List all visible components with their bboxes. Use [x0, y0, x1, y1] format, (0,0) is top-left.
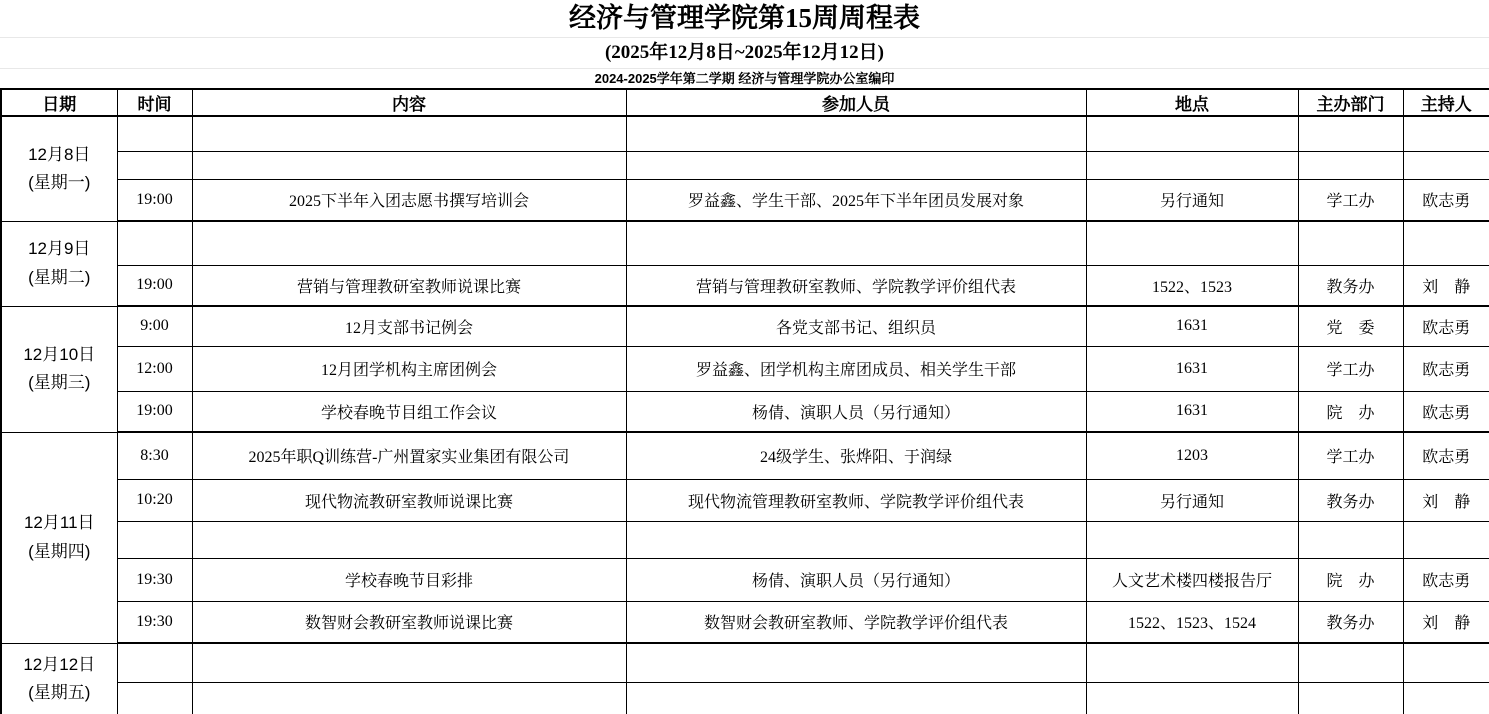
- date-text: 12月8日: [6, 141, 113, 169]
- content-cell: [192, 221, 626, 265]
- participants-cell: [626, 521, 1086, 558]
- col-header-department: 主办部门: [1298, 89, 1403, 116]
- participants-cell: 24级学生、张烨阳、于润绿: [626, 432, 1086, 479]
- host-cell: 欧志勇: [1403, 432, 1489, 479]
- location-cell: [1086, 116, 1298, 151]
- date-text: 12月11日: [6, 509, 113, 537]
- time-cell: [117, 521, 192, 558]
- host-cell: 欧志勇: [1403, 391, 1489, 432]
- department-cell: 教务办: [1298, 601, 1403, 643]
- time-cell: 19:00: [117, 265, 192, 306]
- content-cell: 学校春晚节目组工作会议: [192, 391, 626, 432]
- content-cell: 营销与管理教研室教师说课比赛: [192, 265, 626, 306]
- schedule-row: 12月9日(星期二): [1, 221, 1489, 265]
- content-cell: 2025下半年入团志愿书撰写培训会: [192, 179, 626, 221]
- department-cell: [1298, 643, 1403, 682]
- time-cell: 19:30: [117, 558, 192, 601]
- host-cell: [1403, 221, 1489, 265]
- schedule-row: [1, 151, 1489, 179]
- host-cell: [1403, 151, 1489, 179]
- department-cell: 院 办: [1298, 391, 1403, 432]
- time-cell: [117, 221, 192, 265]
- host-cell: [1403, 643, 1489, 682]
- time-cell: 19:00: [117, 391, 192, 432]
- host-cell: 欧志勇: [1403, 179, 1489, 221]
- location-cell: 1522、1523: [1086, 265, 1298, 306]
- page-title: 经济与管理学院第15周周程表: [0, 0, 1489, 37]
- location-cell: 1203: [1086, 432, 1298, 479]
- location-cell: [1086, 521, 1298, 558]
- host-cell: 刘 静: [1403, 479, 1489, 521]
- time-cell: [117, 682, 192, 714]
- schedule-row: 12月10日(星期三)9:0012月支部书记例会各党支部书记、组织员1631党 …: [1, 306, 1489, 346]
- participants-cell: 杨倩、演职人员（另行通知）: [626, 558, 1086, 601]
- content-cell: 现代物流教研室教师说课比赛: [192, 479, 626, 521]
- schedule-row: 19:00营销与管理教研室教师说课比赛营销与管理教研室教师、学院教学评价组代表1…: [1, 265, 1489, 306]
- date-cell: 12月12日(星期五): [1, 643, 117, 714]
- time-cell: 10:20: [117, 479, 192, 521]
- location-cell: 人文艺术楼四楼报告厅: [1086, 558, 1298, 601]
- host-cell: [1403, 116, 1489, 151]
- department-cell: [1298, 682, 1403, 714]
- department-cell: [1298, 521, 1403, 558]
- participants-cell: 杨倩、演职人员（另行通知）: [626, 391, 1086, 432]
- issuer-line: 2024-2025学年第二学期 经济与管理学院办公室编印: [0, 68, 1489, 88]
- location-cell: [1086, 221, 1298, 265]
- date-text: 12月9日: [6, 235, 113, 263]
- date-text: 12月12日: [6, 651, 113, 679]
- department-cell: 学工办: [1298, 346, 1403, 391]
- department-cell: 院 办: [1298, 558, 1403, 601]
- time-cell: [117, 643, 192, 682]
- host-cell: 欧志勇: [1403, 306, 1489, 346]
- department-cell: 党 委: [1298, 306, 1403, 346]
- content-cell: 12月支部书记例会: [192, 306, 626, 346]
- content-cell: [192, 521, 626, 558]
- participants-cell: [626, 221, 1086, 265]
- date-cell: 12月10日(星期三): [1, 306, 117, 432]
- col-header-participants: 参加人员: [626, 89, 1086, 116]
- department-cell: 教务办: [1298, 265, 1403, 306]
- schedule-row: [1, 682, 1489, 714]
- content-cell: [192, 151, 626, 179]
- host-cell: 欧志勇: [1403, 558, 1489, 601]
- schedule-row: 19:002025下半年入团志愿书撰写培训会罗益鑫、学生干部、2025年下半年团…: [1, 179, 1489, 221]
- location-cell: 1631: [1086, 306, 1298, 346]
- host-cell: 刘 静: [1403, 265, 1489, 306]
- schedule-row: 12:0012月团学机构主席团例会罗益鑫、团学机构主席团成员、相关学生干部163…: [1, 346, 1489, 391]
- weekday-text: (星期三): [6, 369, 113, 397]
- weekday-text: (星期四): [6, 538, 113, 566]
- department-cell: 教务办: [1298, 479, 1403, 521]
- host-cell: 欧志勇: [1403, 346, 1489, 391]
- location-cell: 1631: [1086, 346, 1298, 391]
- time-cell: 19:00: [117, 179, 192, 221]
- department-cell: 学工办: [1298, 179, 1403, 221]
- weekday-text: (星期一): [6, 169, 113, 197]
- time-cell: 8:30: [117, 432, 192, 479]
- col-header-content: 内容: [192, 89, 626, 116]
- department-cell: 学工办: [1298, 432, 1403, 479]
- schedule-page: 经济与管理学院第15周周程表 (2025年12月8日~2025年12月12日) …: [0, 0, 1489, 714]
- location-cell: 1631: [1086, 391, 1298, 432]
- weekday-text: (星期二): [6, 264, 113, 292]
- location-cell: 1522、1523、1524: [1086, 601, 1298, 643]
- participants-cell: 罗益鑫、学生干部、2025年下半年团员发展对象: [626, 179, 1086, 221]
- department-cell: [1298, 116, 1403, 151]
- content-cell: [192, 116, 626, 151]
- participants-cell: 数智财会教研室教师、学院教学评价组代表: [626, 601, 1086, 643]
- time-cell: [117, 151, 192, 179]
- time-cell: [117, 116, 192, 151]
- date-cell: 12月9日(星期二): [1, 221, 117, 306]
- content-cell: 12月团学机构主席团例会: [192, 346, 626, 391]
- schedule-row: 10:20现代物流教研室教师说课比赛现代物流管理教研室教师、学院教学评价组代表另…: [1, 479, 1489, 521]
- date-cell: 12月11日(星期四): [1, 432, 117, 643]
- schedule-row: [1, 521, 1489, 558]
- location-cell: [1086, 151, 1298, 179]
- date-range: (2025年12月8日~2025年12月12日): [0, 37, 1489, 68]
- schedule-row: 19:30学校春晚节目彩排杨倩、演职人员（另行通知）人文艺术楼四楼报告厅院 办欧…: [1, 558, 1489, 601]
- host-cell: 刘 静: [1403, 601, 1489, 643]
- department-cell: [1298, 221, 1403, 265]
- participants-cell: [626, 643, 1086, 682]
- col-header-date: 日期: [1, 89, 117, 116]
- department-cell: [1298, 151, 1403, 179]
- participants-cell: [626, 682, 1086, 714]
- content-cell: 学校春晚节目彩排: [192, 558, 626, 601]
- participants-cell: 现代物流管理教研室教师、学院教学评价组代表: [626, 479, 1086, 521]
- participants-cell: [626, 116, 1086, 151]
- location-cell: [1086, 682, 1298, 714]
- location-cell: [1086, 643, 1298, 682]
- time-cell: 19:30: [117, 601, 192, 643]
- time-cell: 9:00: [117, 306, 192, 346]
- location-cell: 另行通知: [1086, 479, 1298, 521]
- schedule-row: 19:00学校春晚节目组工作会议杨倩、演职人员（另行通知）1631院 办欧志勇: [1, 391, 1489, 432]
- header-row: 日期 时间 内容 参加人员 地点 主办部门 主持人: [1, 89, 1489, 116]
- schedule-row: 12月8日(星期一): [1, 116, 1489, 151]
- participants-cell: [626, 151, 1086, 179]
- date-text: 12月10日: [6, 341, 113, 369]
- schedule-row: 12月12日(星期五): [1, 643, 1489, 682]
- date-cell: 12月8日(星期一): [1, 116, 117, 221]
- weekday-text: (星期五): [6, 679, 113, 707]
- content-cell: 2025年职Q训练营-广州置家实业集团有限公司: [192, 432, 626, 479]
- host-cell: [1403, 521, 1489, 558]
- participants-cell: 各党支部书记、组织员: [626, 306, 1086, 346]
- content-cell: [192, 682, 626, 714]
- time-cell: 12:00: [117, 346, 192, 391]
- location-cell: 另行通知: [1086, 179, 1298, 221]
- participants-cell: 罗益鑫、团学机构主席团成员、相关学生干部: [626, 346, 1086, 391]
- participants-cell: 营销与管理教研室教师、学院教学评价组代表: [626, 265, 1086, 306]
- schedule-row: 19:30数智财会教研室教师说课比赛数智财会教研室教师、学院教学评价组代表152…: [1, 601, 1489, 643]
- schedule-row: 12月11日(星期四)8:302025年职Q训练营-广州置家实业集团有限公司24…: [1, 432, 1489, 479]
- title-block: 经济与管理学院第15周周程表 (2025年12月8日~2025年12月12日) …: [0, 0, 1489, 88]
- schedule-table: 日期 时间 内容 参加人员 地点 主办部门 主持人 12月8日(星期一)19:0…: [0, 88, 1489, 714]
- col-header-host: 主持人: [1403, 89, 1489, 116]
- col-header-time: 时间: [117, 89, 192, 116]
- host-cell: [1403, 682, 1489, 714]
- content-cell: 数智财会教研室教师说课比赛: [192, 601, 626, 643]
- content-cell: [192, 643, 626, 682]
- col-header-location: 地点: [1086, 89, 1298, 116]
